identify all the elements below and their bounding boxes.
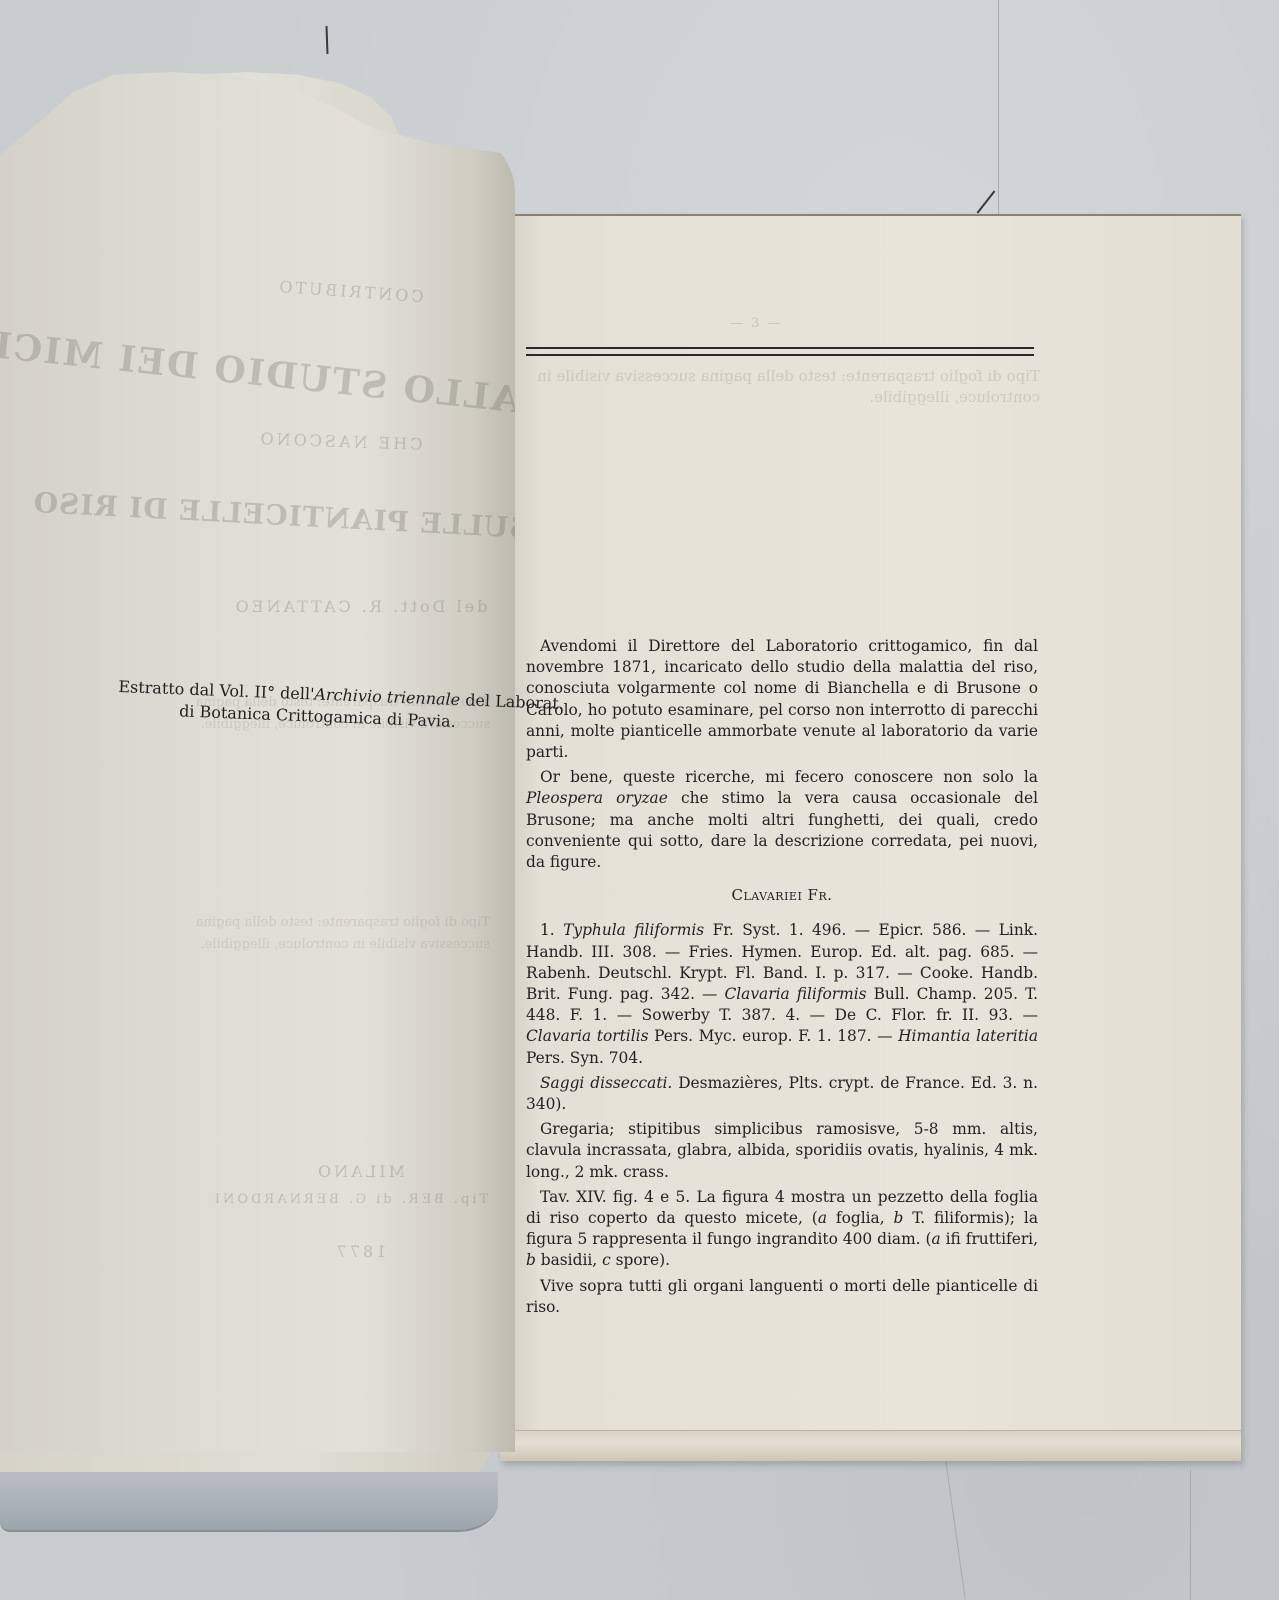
figure-key: b [893, 1209, 903, 1227]
figure-key: b [526, 1251, 536, 1269]
text-run: foglia, [827, 1209, 893, 1227]
figure-key: c [602, 1251, 611, 1269]
figure-key: a [818, 1209, 827, 1227]
left-page: CONTRIBUTO ALLO STUDIO DEI MICETI CHE NA… [0, 72, 515, 1452]
bleed-through-title-line: CHE NASCONO [230, 428, 451, 455]
left-page-grey-edge [0, 1472, 498, 1532]
plate-caption: Tav. XIV. fig. 4 e 5. La figura 4 mostra… [526, 1187, 1038, 1272]
bleed-through-title-line: SULLE PIANTICELLE DI RISO [149, 492, 530, 545]
bleed-through-text: Tipo di foglio trasparente: testo della … [130, 912, 490, 1112]
header-double-rule [526, 347, 1034, 356]
specimen-label: Saggi disseccati. [540, 1074, 672, 1092]
citation-text: Pers. Myc. europ. F. 1. 187. — [648, 1027, 898, 1045]
text-run: Or bene, queste ricerche, mi fecero cono… [540, 768, 1038, 786]
bleed-through-publisher: Tip. BER. di G. BERNARDONI [200, 1192, 500, 1207]
text-run: basidii, [536, 1251, 602, 1269]
right-page: — 3 — Tipo di foglio trasparente: testo … [500, 214, 1241, 1461]
bleed-through-author: del Dott. R. CATTANEO [230, 597, 490, 616]
bleed-through-title-line: ALLO STUDIO DEI MICETI [89, 335, 521, 422]
specimen-reference: Saggi disseccati. Desmazières, Plts. cry… [526, 1073, 1038, 1115]
surface-crack [1190, 1470, 1191, 1600]
citation-text: Pers. Syn. 704. [526, 1049, 643, 1067]
page-bottom-fold [500, 1430, 1241, 1461]
bleed-through-year: 1877 [300, 1242, 420, 1261]
show-through-text: Tipo di foglio trasparente: testo della … [530, 366, 1040, 626]
surface-crack [998, 0, 999, 214]
figure-key: a [932, 1230, 941, 1248]
paragraph-intro: Avendomi il Direttore del Laboratorio cr… [526, 636, 1038, 763]
section-heading: Clavariei Fr. [526, 885, 1038, 906]
bleed-through-city: MILANO [280, 1162, 440, 1181]
entry-number: 1. [540, 921, 563, 939]
text-run: del Laborat. [460, 690, 564, 713]
synonym-name: Clavaria tortilis [526, 1027, 648, 1045]
synonym-name: Clavaria filiformis [724, 985, 866, 1003]
page-body: Avendomi il Direttore del Laboratorio cr… [526, 636, 1038, 1322]
bleed-through-title-line: CONTRIBUTO [200, 272, 501, 312]
surface-scratch [977, 190, 996, 213]
text-run: spore). [611, 1251, 670, 1269]
species-entry: 1. Typhula filiformis Fr. Syst. 1. 496. … [526, 920, 1038, 1068]
habitat-note: Vive sopra tutti gli organi languenti o … [526, 1276, 1038, 1318]
page-folio: — 3 — [730, 316, 783, 331]
text-run: ifi fruttiferi, [941, 1230, 1038, 1248]
surface-crack [945, 1461, 965, 1600]
synonym-name: Himantia lateritia [898, 1027, 1038, 1045]
paragraph-research: Or bene, queste ricerche, mi fecero cono… [526, 767, 1038, 873]
surface-scratch [326, 26, 329, 54]
species-name: Pleospera oryzae [526, 789, 668, 807]
species-name: Typhula filiformis [563, 921, 704, 939]
latin-description: Gregaria; stipitibus simplicibus ramosis… [526, 1119, 1038, 1183]
